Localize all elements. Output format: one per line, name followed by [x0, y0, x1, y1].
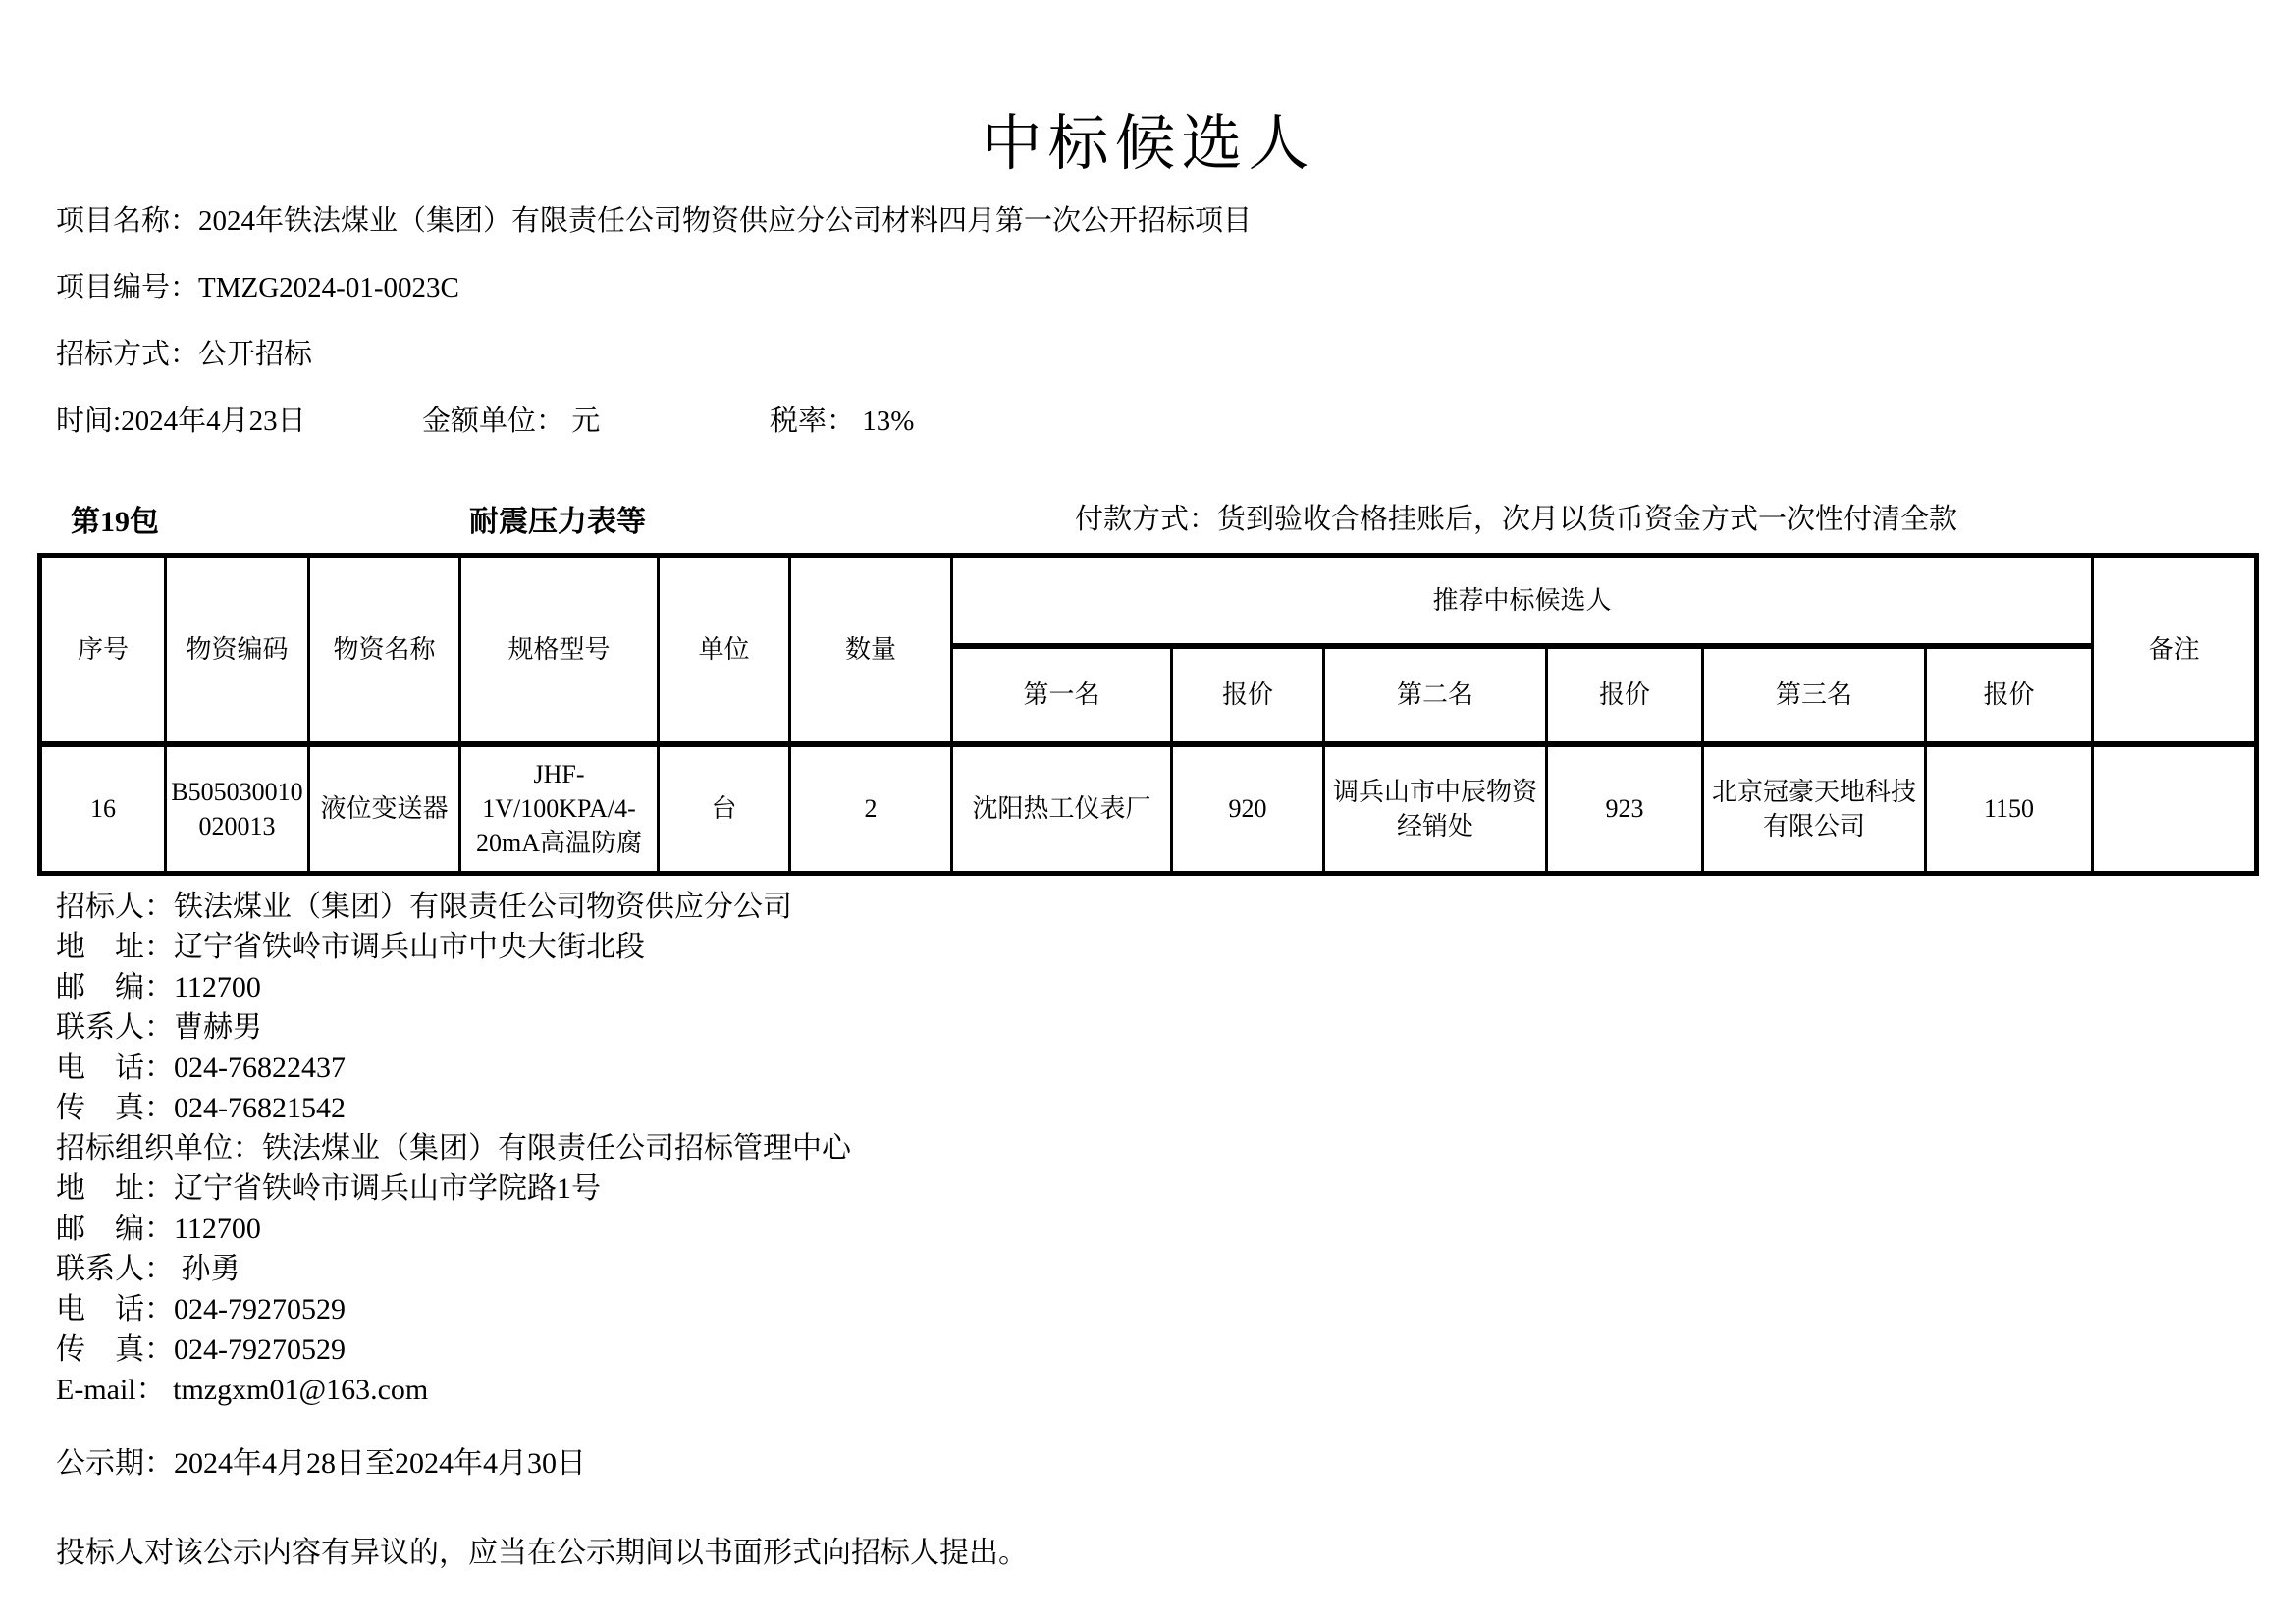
organizer-address-line: 地 址：辽宁省铁岭市调兵山市学院路1号 — [56, 1168, 851, 1209]
bidder-contact-value: 曹赫男 — [174, 1011, 262, 1044]
contact-info-block: 招标人：铁法煤业（集团）有限责任公司物资供应分公司 地 址：辽宁省铁岭市调兵山市… — [56, 887, 851, 1410]
bidder-contact-line: 联系人：曹赫男 — [56, 1007, 851, 1048]
organizer-contact-line: 联系人： 孙勇 — [56, 1249, 851, 1289]
document-page: 中标候选人 项目名称：2024年铁法煤业（集团）有限责任公司物资供应分公司材料四… — [0, 0, 2296, 1624]
cell-first-place: 沈阳热工仪表厂 — [952, 744, 1172, 874]
bidder-postcode-line: 邮 编：112700 — [56, 967, 851, 1007]
organizer-fax-value: 024-79270529 — [174, 1333, 346, 1366]
project-name-value: 2024年铁法煤业（集团）有限责任公司物资供应分公司材料四月第一次公开招标项目 — [198, 205, 1252, 237]
cell-material-name: 液位变送器 — [309, 744, 460, 874]
bidder-value: 铁法煤业（集团）有限责任公司物资供应分公司 — [174, 891, 792, 923]
organizer-fax-label: 传 真： — [56, 1333, 174, 1366]
th-material-name: 物资名称 — [309, 556, 460, 744]
bidder-address-line: 地 址：辽宁省铁岭市调兵山市中央大街北段 — [56, 927, 851, 967]
time-value: 2024年4月23日 — [121, 406, 306, 437]
package-line: 第19包 耐震压力表等 付款方式：货到验收合格挂账后，次月以货币资金方式一次性付… — [0, 497, 2296, 536]
bidder-address-value: 辽宁省铁岭市调兵山市中央大街北段 — [174, 931, 645, 963]
tax-rate-segment: 税率： 13% — [770, 399, 914, 439]
organizer-contact-label: 联系人： — [56, 1253, 174, 1285]
project-code-line: 项目编号：TMZG2024-01-0023C — [56, 265, 459, 305]
cell-second-place: 调兵山市中辰物资经销处 — [1324, 744, 1547, 874]
bidder-postcode-label: 邮 编： — [56, 971, 174, 1003]
cell-material-code: B505030010020013 — [166, 744, 309, 874]
bid-candidates-table: 序号 物资编码 物资名称 规格型号 单位 数量 推荐中标候选人 备注 第一名 报… — [37, 553, 2259, 876]
organizer-value: 铁法煤业（集团）有限责任公司招标管理中心 — [262, 1132, 851, 1164]
email-value: tmzgxm01@163.com — [166, 1374, 429, 1406]
objection-notice: 投标人对该公示内容有异议的，应当在公示期间以书面形式向招标人提出。 — [56, 1528, 1028, 1571]
th-first-price: 报价 — [1172, 646, 1324, 744]
th-second-price: 报价 — [1547, 646, 1703, 744]
bidder-line: 招标人：铁法煤业（集团）有限责任公司物资供应分公司 — [56, 887, 851, 927]
bid-method-label: 招标方式： — [56, 339, 198, 370]
bidder-phone-label: 电 话： — [56, 1052, 174, 1084]
project-name-line: 项目名称：2024年铁法煤业（集团）有限责任公司物资供应分公司材料四月第一次公开… — [56, 198, 1252, 239]
amount-unit-value: 元 — [571, 406, 600, 437]
publicity-period-line: 公示期：2024年4月28日至2024年4月30日 — [56, 1438, 586, 1482]
bid-method-line: 招标方式：公开招标 — [56, 332, 312, 372]
cell-seq: 16 — [40, 744, 166, 874]
th-recommended-candidates: 推荐中标候选人 — [952, 556, 2093, 646]
email-label: E-mail： — [56, 1374, 166, 1406]
organizer-postcode-label: 邮 编： — [56, 1213, 174, 1245]
bidder-label: 招标人： — [56, 891, 174, 923]
bid-method-value: 公开招标 — [198, 339, 312, 370]
organizer-label: 招标组织单位： — [56, 1132, 262, 1164]
package-name: 耐震压力表等 — [469, 497, 646, 540]
payment-value: 货到验收合格挂账后，次月以货币资金方式一次性付清全款 — [1217, 504, 1957, 535]
th-first-place: 第一名 — [952, 646, 1172, 744]
th-seq: 序号 — [40, 556, 166, 744]
payment-terms: 付款方式：货到验收合格挂账后，次月以货币资金方式一次性付清全款 — [1075, 497, 1957, 537]
th-second-place: 第二名 — [1324, 646, 1547, 744]
time-label: 时间: — [56, 406, 121, 437]
payment-label: 付款方式： — [1075, 504, 1217, 535]
organizer-phone-label: 电 话： — [56, 1293, 174, 1326]
tax-rate-label: 税率： — [770, 406, 855, 437]
organizer-phone-line: 电 话：024-79270529 — [56, 1289, 851, 1329]
organizer-line: 招标组织单位：铁法煤业（集团）有限责任公司招标管理中心 — [56, 1128, 851, 1168]
amount-unit-label: 金额单位： — [422, 406, 564, 437]
publicity-value: 2024年4月28日至2024年4月30日 — [174, 1447, 586, 1480]
th-quantity: 数量 — [790, 556, 952, 744]
cell-third-place: 北京冠豪天地科技有限公司 — [1703, 744, 1926, 874]
amount-unit-segment: 金额单位： 元 — [422, 399, 600, 439]
th-third-place: 第三名 — [1703, 646, 1926, 744]
bidder-fax-label: 传 真： — [56, 1092, 174, 1124]
cell-first-price: 920 — [1172, 744, 1324, 874]
th-spec-model: 规格型号 — [460, 556, 659, 744]
bidder-contact-label: 联系人： — [56, 1011, 174, 1044]
project-code-label: 项目编号： — [56, 272, 198, 303]
bidder-phone-line: 电 话：024-76822437 — [56, 1048, 851, 1088]
bidder-address-label: 地 址： — [56, 931, 174, 963]
time-unit-tax-line: 时间:2024年4月23日 金额单位： 元 税率： 13% — [0, 399, 2296, 438]
tax-rate-value: 13% — [862, 406, 914, 437]
organizer-address-value: 辽宁省铁岭市调兵山市学院路1号 — [174, 1172, 601, 1205]
bidder-fax-value: 024-76821542 — [174, 1092, 346, 1124]
organizer-fax-line: 传 真：024-79270529 — [56, 1329, 851, 1370]
th-remark: 备注 — [2093, 556, 2257, 744]
email-line: E-mail： tmzgxm01@163.com — [56, 1370, 851, 1410]
page-title: 中标候选人 — [0, 94, 2296, 182]
th-material-code: 物资编码 — [166, 556, 309, 744]
publicity-label: 公示期： — [56, 1447, 174, 1480]
cell-second-price: 923 — [1547, 744, 1703, 874]
bidder-postcode-value: 112700 — [174, 971, 261, 1003]
organizer-postcode-value: 112700 — [174, 1213, 261, 1245]
th-third-price: 报价 — [1926, 646, 2093, 744]
cell-spec-model: JHF-1V/100KPA/4-20mA高温防腐 — [460, 744, 659, 874]
cell-remark — [2093, 744, 2257, 874]
organizer-contact-value: 孙勇 — [174, 1253, 240, 1285]
project-code-value: TMZG2024-01-0023C — [198, 272, 459, 303]
organizer-phone-value: 024-79270529 — [174, 1293, 346, 1326]
cell-third-price: 1150 — [1926, 744, 2093, 874]
bidder-fax-line: 传 真：024-76821542 — [56, 1088, 851, 1128]
organizer-postcode-line: 邮 编：112700 — [56, 1209, 851, 1249]
cell-quantity: 2 — [790, 744, 952, 874]
organizer-address-label: 地 址： — [56, 1172, 174, 1205]
package-number: 第19包 — [71, 497, 159, 540]
project-name-label: 项目名称： — [56, 205, 198, 237]
time-segment: 时间:2024年4月23日 — [56, 399, 306, 439]
table-row: 16 B505030010020013 液位变送器 JHF-1V/100KPA/… — [40, 744, 2257, 874]
bidder-phone-value: 024-76822437 — [174, 1052, 346, 1084]
th-unit: 单位 — [659, 556, 790, 744]
cell-unit: 台 — [659, 744, 790, 874]
